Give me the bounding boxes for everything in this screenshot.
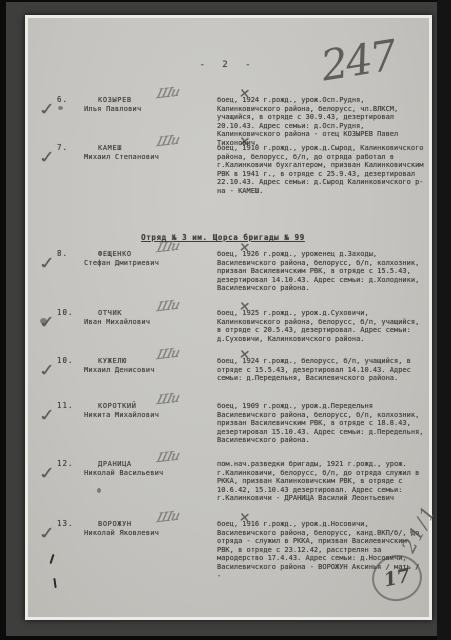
entry-name: КОРОТКИЙ Никита Михайлович xyxy=(84,402,216,419)
ink-mark xyxy=(50,554,55,564)
entry-given-names: Никита Михайлович xyxy=(84,411,216,420)
entry-given-names: Илья Павлович xyxy=(84,105,216,114)
pencil-tally-annotation: Ши xyxy=(156,453,180,464)
pencil-tally-annotation: Ши xyxy=(156,302,180,313)
entry-details: боец, 1909 г.рожд., урож.д.Передельня Ва… xyxy=(217,402,425,445)
checkmark-annotation: ✓ xyxy=(38,152,57,164)
entry-number: 10. xyxy=(57,309,74,318)
entry-name: КУЖЕЛЮ Михаил Денисович xyxy=(84,357,216,374)
section-header: Отряд № 3 им. Щорса бригады № 99 xyxy=(98,233,348,242)
entry-given-names: Иван Михайлович xyxy=(84,318,216,327)
checkmark-annotation: ✓ xyxy=(38,104,57,116)
paper-blemish xyxy=(97,488,101,493)
handwritten-folio-number: 247 xyxy=(318,31,399,91)
entry-given-names: Стефан Дмитриевич xyxy=(84,259,216,268)
entry-details: боец, 1910 г.рожд., урож.д.Сырод, Калинк… xyxy=(217,144,425,196)
photographed-archival-document: { "doc": { "page_number": "- 2 -", "hand… xyxy=(0,0,451,640)
entry-given-names: Михаил Денисович xyxy=(84,366,216,375)
entry-details: боец, 1926 г.рожд., уроженец д.Заходы, В… xyxy=(217,250,425,293)
entry-number: 11. xyxy=(57,402,74,411)
entry-number: 10. xyxy=(57,357,74,366)
pencil-tally-annotation: Ши xyxy=(156,243,180,254)
entry-details: боец, 1925 г.рожд., урож.д.Суховичи, Кал… xyxy=(217,309,425,343)
page-number: - 2 - xyxy=(168,60,288,70)
checkmark-annotation: ✓ xyxy=(38,468,57,480)
entry-number: 13. xyxy=(57,520,74,529)
entry-name: КОЗЫРЕВ Илья Павлович xyxy=(84,96,216,113)
paper-blemish xyxy=(40,318,47,324)
entry-given-names: Михаил Степанович xyxy=(84,153,216,162)
entry-number: 12. xyxy=(57,460,74,469)
entry-number: 8. xyxy=(57,250,68,259)
document-page: - 2 - 247 ✓ 6. КОЗЫРЕВ Илья Павлович Ши … xyxy=(25,15,432,620)
photo-edge-shadow xyxy=(437,0,451,640)
pencil-tally-annotation: Ши xyxy=(156,513,180,524)
checkmark-annotation: ✓ xyxy=(38,528,57,540)
entry-name: ДРАНИЦА Николай Васильевич xyxy=(84,460,216,477)
pencil-tally-annotation: Ши xyxy=(156,89,180,100)
entry-name: ФЕЩЕНКО Стефан Дмитриевич xyxy=(84,250,216,267)
entry-given-names: Николай Яковлевич xyxy=(84,529,216,538)
entry-given-names: Николай Васильевич xyxy=(84,469,216,478)
entry-number: 7. xyxy=(57,144,68,153)
paper-blemish xyxy=(58,106,63,110)
entry-name: ВОРОЖУН Николай Яковлевич xyxy=(84,520,216,537)
pencil-tally-annotation: Ши xyxy=(156,395,180,406)
pencil-tally-annotation: Ши xyxy=(156,137,180,148)
entry-name: ОТЧИК Иван Михайлович xyxy=(84,309,216,326)
entry-details: боец, 1924 г.рожд., белорусс, б/п, учащи… xyxy=(217,357,425,383)
entry-details: пом.нач.разведки бригады, 1921 г.рожд., … xyxy=(217,460,425,503)
entry-name: КАМЕШ Михаил Степанович xyxy=(84,144,216,161)
checkmark-annotation: ✓ xyxy=(38,365,57,377)
ink-mark xyxy=(53,578,56,588)
entry-number: 6. xyxy=(57,96,68,105)
pencil-tally-annotation: Ши xyxy=(156,350,180,361)
checkmark-annotation: ✓ xyxy=(38,258,57,270)
checkmark-annotation: ✓ xyxy=(38,410,57,422)
